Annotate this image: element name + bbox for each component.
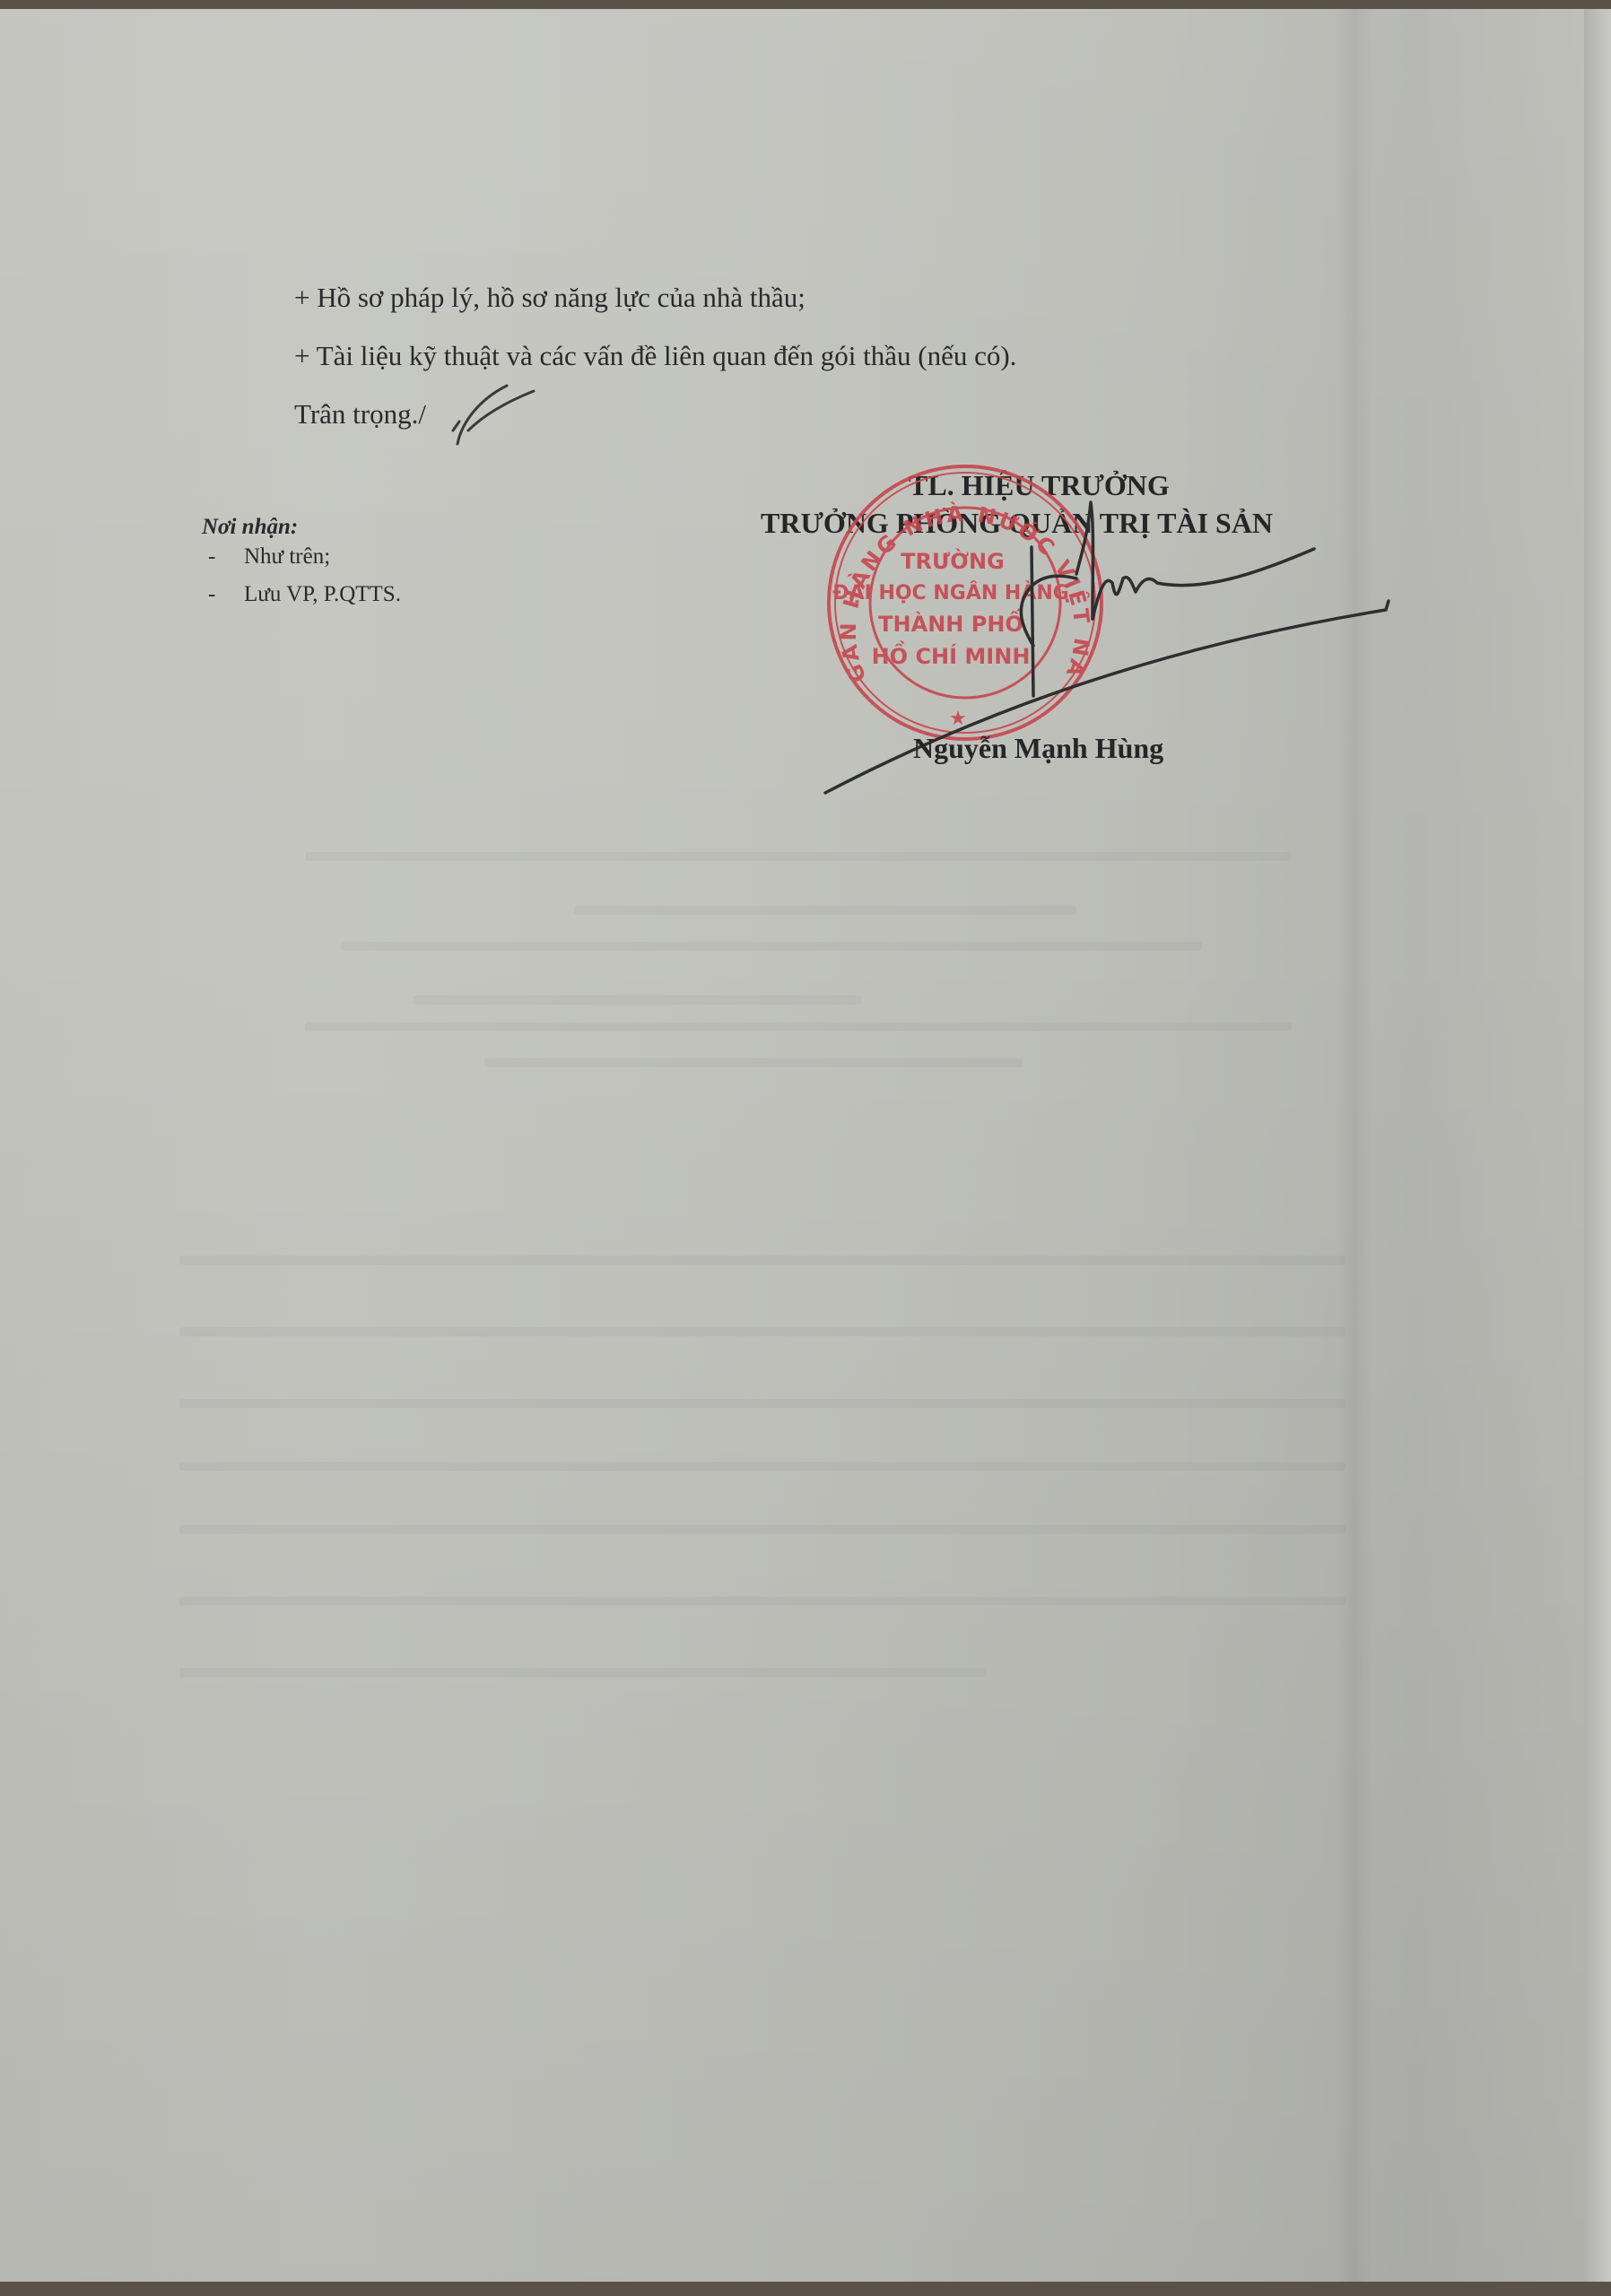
signer-name: Nguyễn Mạnh Hùng (913, 731, 1163, 765)
stamp-inner-line: HỒ CHÍ MINH (872, 639, 1031, 669)
initials-mark (453, 386, 534, 444)
official-stamp: NGÂN HÀNG NHÀ NƯỚC VIỆT NAM TRƯỜNG ĐẠI H… (0, 0, 1102, 739)
stamp-and-signature-layer: NGÂN HÀNG NHÀ NƯỚC VIỆT NAM TRƯỜNG ĐẠI H… (0, 0, 1611, 2296)
stamp-inner-line: THÀNH PHỐ (878, 607, 1023, 637)
stamp-inner-line: TRƯỜNG (901, 547, 1005, 574)
